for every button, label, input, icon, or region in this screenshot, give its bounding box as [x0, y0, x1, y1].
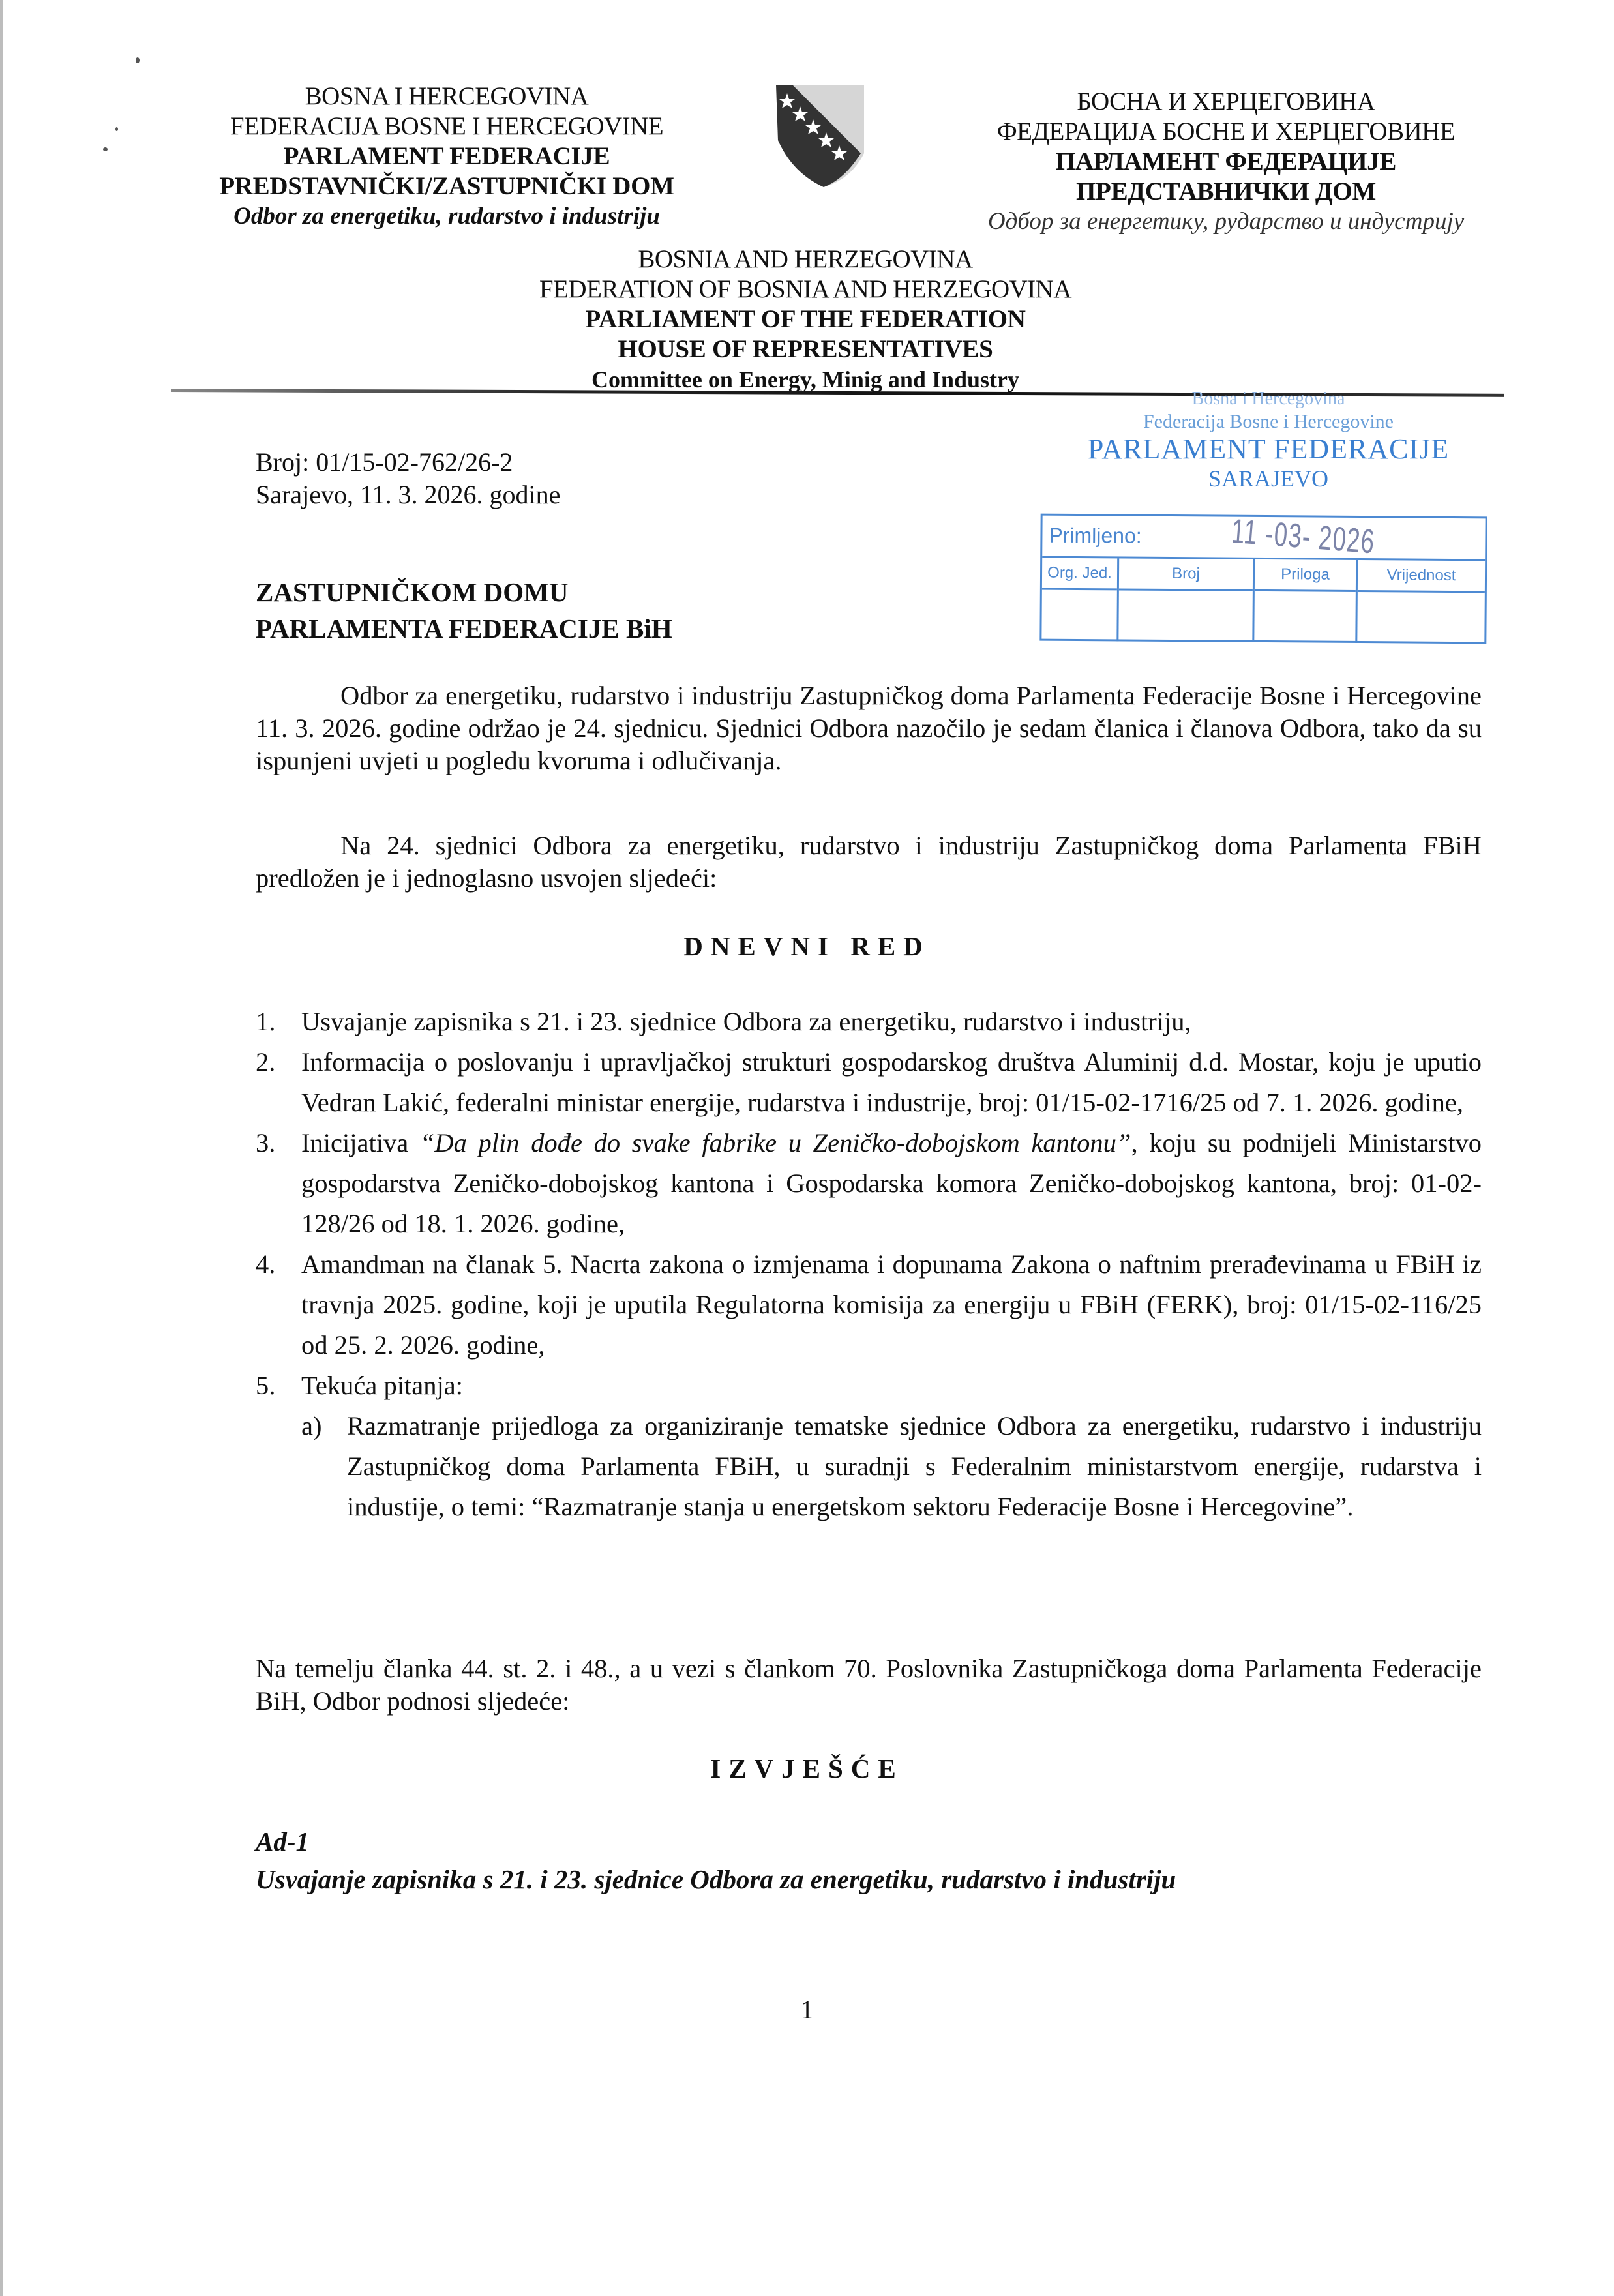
stamp-grid: Org. Jed. Broj Priloga Vrijednost: [1041, 558, 1485, 644]
stamp-col-label: Org. Jed.: [1042, 558, 1117, 591]
stamp-col-broj: Broj: [1118, 558, 1255, 642]
stamp-received-row: Primljeno: 11 -03- 2026: [1042, 516, 1485, 561]
letterhead-parliament: PARLAMENT FEDERACIJE: [189, 142, 704, 171]
report-title: IZVJEŠĆE: [0, 1753, 1614, 1784]
agenda-subitem: a) Razmatranje prijedloga za organiziran…: [256, 1406, 1482, 1527]
stamp-country: Bosna i Hercegovina: [1037, 389, 1500, 410]
agenda-item: 1. Usvajanje zapisnika s 21. i 23. sjedn…: [256, 1002, 1482, 1042]
stamp-col-priloga: Priloga: [1254, 559, 1358, 643]
recipient-block: ZASTUPNIČKOM DOMU PARLAMENTA FEDERACIJE …: [256, 574, 672, 647]
agenda-item-number: 5.: [256, 1365, 275, 1406]
agenda-list: 1. Usvajanje zapisnika s 21. i 23. sjedn…: [256, 1002, 1482, 1527]
agenda-item-number: 2.: [256, 1042, 275, 1082]
stamp-parliament: PARLAMENT FEDERACIJE: [1037, 433, 1500, 466]
page-number: 1: [0, 1994, 1614, 2025]
agenda-item-number: 1.: [256, 1002, 275, 1042]
letterhead-federation: FEDERACIJA BOSNE I HERCEGOVINE: [189, 112, 704, 142]
agenda-item-number: 4.: [256, 1244, 275, 1285]
stamp-col-label: Priloga: [1255, 559, 1356, 592]
letterhead-country-cyr: БОСНА И ХЕРЦЕГОВИНА: [913, 87, 1539, 117]
letterhead-house-en: HOUSE OF REPRESENTATIVES: [496, 335, 1115, 365]
agenda-item: 3. Inicijativa “Da plin dođe do svake fa…: [256, 1123, 1482, 1244]
agenda-item: 4. Amandman na članak 5. Nacrta zakona o…: [256, 1244, 1482, 1365]
agenda-item-number: 3.: [256, 1123, 275, 1163]
agenda-intro-paragraph: Na 24. sjednici Odbora za energetiku, ru…: [256, 829, 1482, 895]
agenda-item: 5. Tekuća pitanja:: [256, 1365, 1482, 1406]
bih-coat-of-arms-icon: [773, 82, 867, 189]
letterhead-committee: Odbor za energetiku, rudarstvo i industr…: [189, 201, 704, 231]
recipient-line-1: ZASTUPNIČKOM DOMU: [256, 574, 672, 610]
letterhead-english: BOSNIA AND HERZEGOVINA FEDERATION OF BOS…: [496, 245, 1115, 395]
letterhead-house-cyr: ПРЕДСТАВНИЧКИ ДОМ: [913, 177, 1539, 207]
letterhead-parliament-cyr: ПАРЛАМЕНТ ФЕДЕРАЦИЈЕ: [913, 147, 1539, 177]
legal-basis-paragraph: Na temelju članka 44. st. 2. i 48., a u …: [256, 1652, 1482, 1718]
letterhead-bosnian: BOSNA I HERCEGOVINA FEDERACIJA BOSNE I H…: [189, 82, 704, 231]
document-meta: Broj: 01/15-02-762/26-2 Sarajevo, 11. 3.…: [256, 446, 560, 511]
agenda-item: 2. Informacija o poslovanju i upravljačk…: [256, 1042, 1482, 1123]
stamp-col-vrijednost: Vrijednost: [1357, 560, 1485, 644]
document-place-date: Sarajevo, 11. 3. 2026. godine: [256, 479, 560, 511]
agenda-subitem-letter: a): [301, 1406, 321, 1446]
agenda-item-text: Informacija o poslovanju i upravljačkoj …: [301, 1047, 1482, 1117]
ad-1-label: Ad-1: [256, 1823, 309, 1860]
stamp-city: SARAJEVO: [1037, 466, 1500, 492]
recipient-line-2: PARLAMENTA FEDERACIJE BiH: [256, 610, 672, 647]
letterhead-federation-en: FEDERATION OF BOSNIA AND HERZEGOVINA: [496, 275, 1115, 305]
initiative-title: “Da plin dođe do svake fabrike u Zeničko…: [420, 1128, 1131, 1157]
letterhead-cyrillic: БОСНА И ХЕРЦЕГОВИНА ФЕДЕРАЦИЈА БОСНЕ И Х…: [913, 87, 1539, 237]
stamp-col-label: Broj: [1119, 558, 1253, 591]
received-stamp-box: Primljeno: 11 -03- 2026 Org. Jed. Broj P…: [1039, 514, 1487, 644]
agenda-title: DNEVNI RED: [0, 931, 1614, 962]
agenda-subitem-text: Razmatranje prijedloga za organiziranje …: [347, 1411, 1482, 1521]
stamp-received-label: Primljeno:: [1049, 524, 1142, 548]
letterhead-parliament-en: PARLIAMENT OF THE FEDERATION: [496, 305, 1115, 335]
scan-edge: [0, 0, 3, 2296]
agenda-item-text: Tekuća pitanja:: [301, 1371, 463, 1400]
stamp-federation: Federacija Bosne i Hercegovine: [1037, 411, 1500, 433]
letterhead-country: BOSNA I HERCEGOVINA: [189, 82, 704, 112]
agenda-item-text: Inicijativa: [301, 1128, 420, 1157]
intro-paragraph: Odbor za energetiku, rudarstvo i industr…: [256, 679, 1482, 777]
agenda-item-text: Amandman na članak 5. Nacrta zakona o iz…: [301, 1249, 1482, 1360]
agenda-item-text: Usvajanje zapisnika s 21. i 23. sjednice…: [301, 1007, 1191, 1036]
letterhead-committee-cyr: Одбор за енергетику, рударство и индустр…: [913, 207, 1539, 237]
document-number: Broj: 01/15-02-762/26-2: [256, 446, 560, 479]
received-stamp-header: Bosna i Hercegovina Federacija Bosne i H…: [1037, 389, 1500, 492]
stamp-received-date: 11 -03- 2026: [1230, 512, 1376, 562]
letterhead-house: PREDSTAVNIČKI/ZASTUPNIČKI DOM: [189, 171, 704, 201]
stamp-col-label: Vrijednost: [1358, 560, 1485, 593]
stamp-col-org-jed: Org. Jed.: [1041, 558, 1119, 642]
letterhead-federation-cyr: ФЕДЕРАЦИЈА БОСНЕ И ХЕРЦЕГОВИНЕ: [913, 117, 1539, 147]
letterhead-country-en: BOSNIA AND HERZEGOVINA: [496, 245, 1115, 275]
ad-1-title: Usvajanje zapisnika s 21. i 23. sjednice…: [256, 1860, 1176, 1898]
